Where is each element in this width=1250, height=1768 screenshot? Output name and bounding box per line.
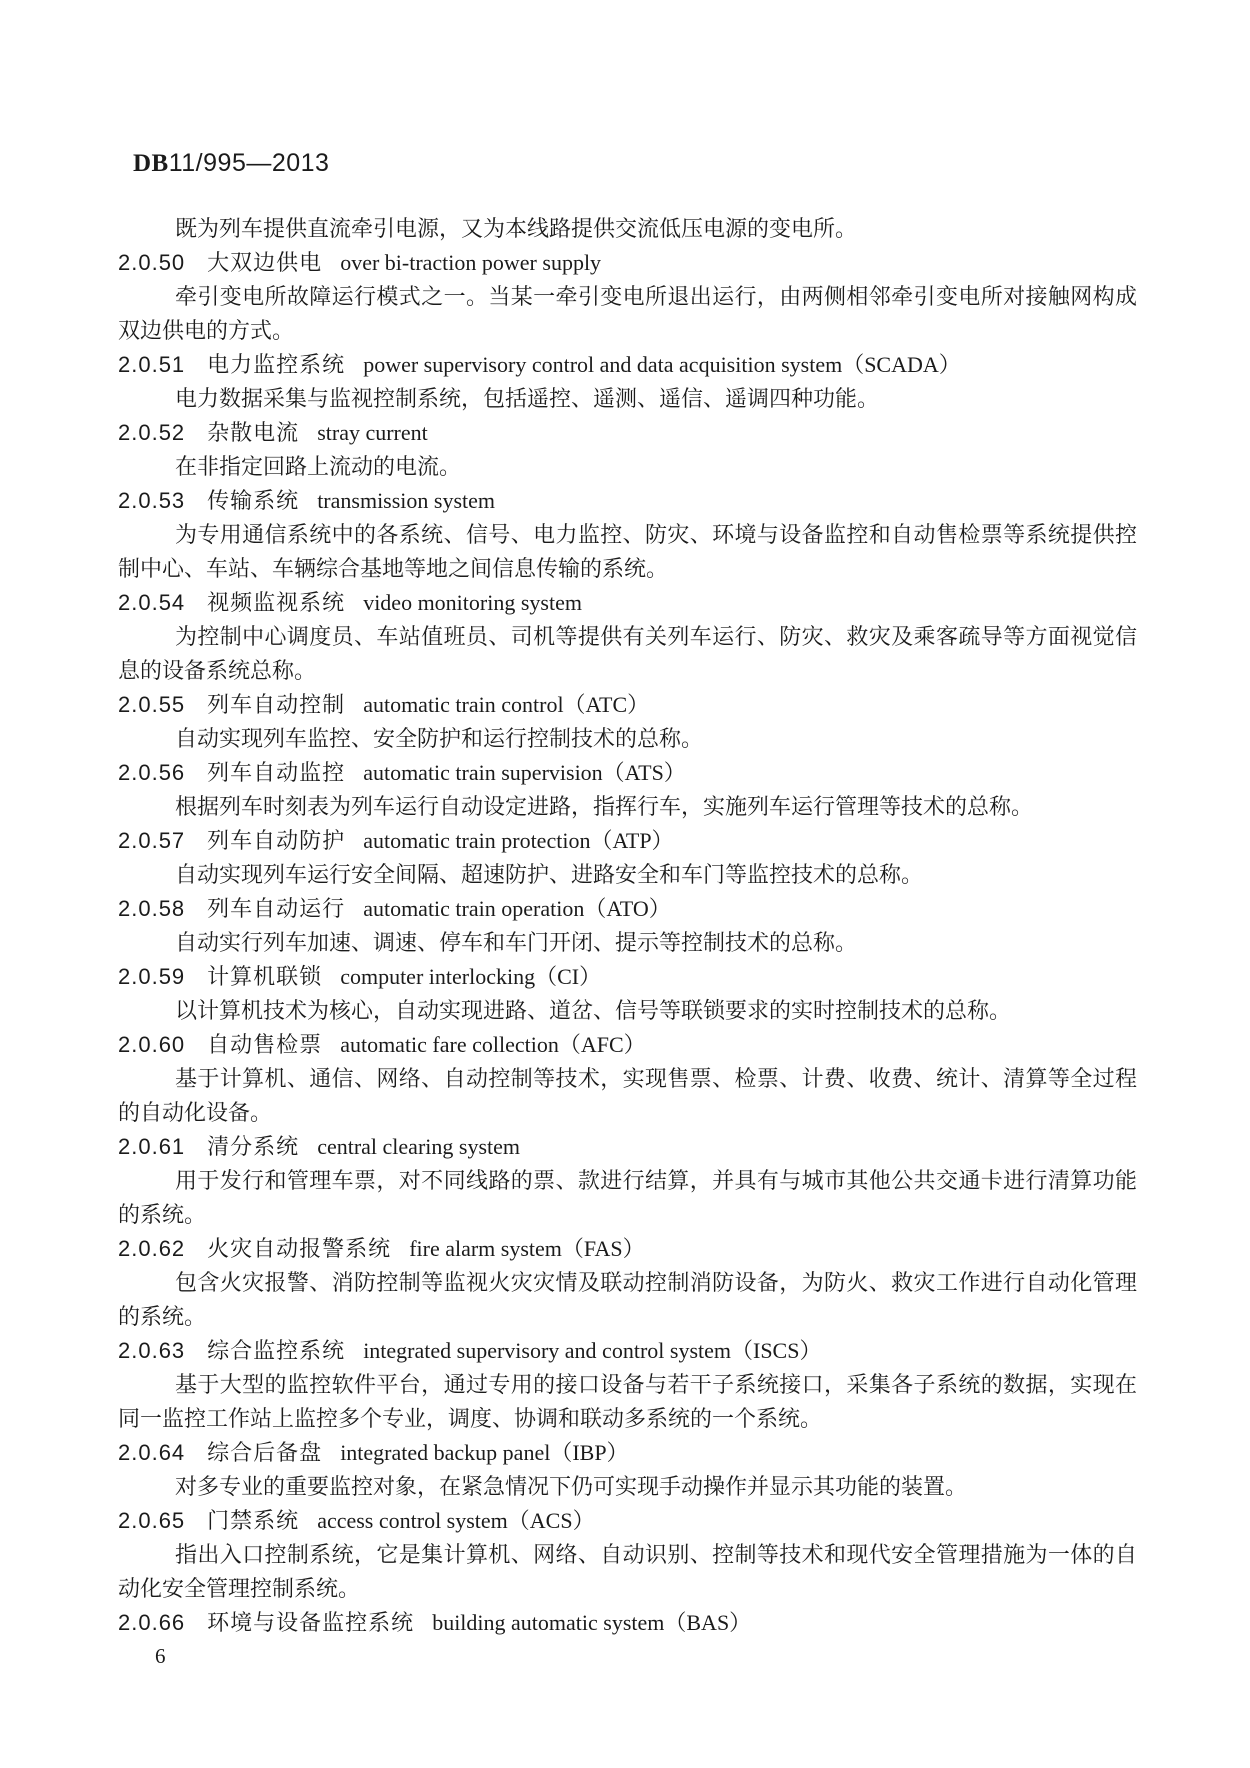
term-name-english: access control system（ACS）: [317, 1508, 594, 1533]
term-name-english: automatic train protection（ATP）: [363, 828, 673, 853]
term-name-english: automatic train control（ATC）: [363, 692, 649, 717]
definition-paragraph: 在非指定回路上流动的电流。: [118, 450, 1137, 484]
term-number: 2.0.53: [118, 488, 185, 513]
term-name-chinese: 杂散电流: [207, 420, 299, 445]
term-name-english: power supervisory control and data acqui…: [363, 352, 961, 377]
definition-paragraph: 自动实现列车运行安全间隔、超速防护、进路安全和车门等监控技术的总称。: [118, 858, 1137, 892]
term-number: 2.0.50: [118, 250, 185, 275]
term-number: 2.0.59: [118, 964, 185, 989]
term-name-chinese: 综合后备盘: [207, 1440, 322, 1465]
definition-paragraph: 基于计算机、通信、网络、自动控制等技术，实现售票、检票、计费、收费、统计、清算等…: [118, 1062, 1137, 1130]
term-heading: 2.0.54视频监视系统video monitoring system: [118, 586, 1137, 620]
term-name-chinese: 自动售检票: [207, 1032, 322, 1057]
term-number: 2.0.61: [118, 1134, 185, 1159]
term-heading: 2.0.55列车自动控制automatic train control（ATC）: [118, 688, 1137, 722]
standard-code-prefix: DB: [133, 150, 169, 177]
definition-paragraph: 对多专业的重要监控对象，在紧急情况下仍可实现手动操作并显示其功能的装置。: [118, 1470, 1137, 1504]
definition-paragraph: 指出入口控制系统，它是集计算机、网络、自动识别、控制等技术和现代安全管理措施为一…: [118, 1538, 1137, 1606]
term-heading: 2.0.63综合监控系统integrated supervisory and c…: [118, 1334, 1137, 1368]
term-name-english: computer interlocking（CI）: [340, 964, 601, 989]
term-heading: 2.0.59计算机联锁computer interlocking（CI）: [118, 960, 1137, 994]
term-name-english: over bi-traction power supply: [340, 250, 601, 275]
term-number: 2.0.58: [118, 896, 185, 921]
term-number: 2.0.51: [118, 352, 185, 377]
term-number: 2.0.62: [118, 1236, 185, 1261]
definition-paragraph: 自动实现列车监控、安全防护和运行控制技术的总称。: [118, 722, 1137, 756]
term-number: 2.0.55: [118, 692, 185, 717]
definition-paragraph: 根据列车时刻表为列车运行自动设定进路，指挥行车，实施列车运行管理等技术的总称。: [118, 790, 1137, 824]
definition-paragraph: 电力数据采集与监视控制系统，包括遥控、遥测、遥信、遥调四种功能。: [118, 382, 1137, 416]
term-name-chinese: 列车自动监控: [207, 760, 345, 785]
term-name-english: central clearing system: [317, 1134, 520, 1159]
term-name-english: fire alarm system（FAS）: [409, 1236, 644, 1261]
definition-paragraph: 为控制中心调度员、车站值班员、司机等提供有关列车运行、防灾、救灾及乘客疏导等方面…: [118, 620, 1137, 688]
definition-paragraph: 基于大型的监控软件平台，通过专用的接口设备与若干子系统接口，采集各子系统的数据，…: [118, 1368, 1137, 1436]
term-heading: 2.0.50大双边供电over bi-traction power supply: [118, 246, 1137, 280]
page-number: 6: [155, 1644, 166, 1668]
term-heading: 2.0.66环境与设备监控系统building automatic system…: [118, 1606, 1137, 1640]
term-name-english: automatic train operation（ATO）: [363, 896, 671, 921]
term-number: 2.0.57: [118, 828, 185, 853]
term-number: 2.0.65: [118, 1508, 185, 1533]
document-header: DB11/995—2013: [133, 149, 329, 178]
term-name-chinese: 电力监控系统: [207, 352, 345, 377]
definition-paragraph: 自动实行列车加速、调速、停车和车门开闭、提示等控制技术的总称。: [118, 926, 1137, 960]
term-name-english: building automatic system（BAS）: [432, 1610, 751, 1635]
definition-paragraph: 用于发行和管理车票，对不同线路的票、款进行结算，并具有与城市其他公共交通卡进行清…: [118, 1164, 1137, 1232]
term-heading: 2.0.56列车自动监控automatic train supervision（…: [118, 756, 1137, 790]
term-name-chinese: 列车自动防护: [207, 828, 345, 853]
term-name-english: video monitoring system: [363, 590, 582, 615]
term-heading: 2.0.51电力监控系统power supervisory control an…: [118, 348, 1137, 382]
term-number: 2.0.56: [118, 760, 185, 785]
term-number: 2.0.54: [118, 590, 185, 615]
term-number: 2.0.66: [118, 1610, 185, 1635]
term-name-chinese: 门禁系统: [207, 1508, 299, 1533]
term-name-chinese: 大双边供电: [207, 250, 322, 275]
term-name-english: integrated backup panel（IBP）: [340, 1440, 628, 1465]
document-body: 既为列车提供直流牵引电源，又为本线路提供交流低压电源的变电所。2.0.50大双边…: [118, 212, 1137, 1640]
term-name-chinese: 视频监视系统: [207, 590, 345, 615]
definition-paragraph: 以计算机技术为核心，自动实现进路、道岔、信号等联锁要求的实时控制技术的总称。: [118, 994, 1137, 1028]
term-heading: 2.0.58列车自动运行automatic train operation（AT…: [118, 892, 1137, 926]
term-name-chinese: 列车自动运行: [207, 896, 345, 921]
page-footer: 6: [155, 1644, 166, 1669]
term-name-chinese: 计算机联锁: [207, 964, 322, 989]
term-heading: 2.0.57列车自动防护automatic train protection（A…: [118, 824, 1137, 858]
term-heading: 2.0.64综合后备盘integrated backup panel（IBP）: [118, 1436, 1137, 1470]
term-name-english: integrated supervisory and control syste…: [363, 1338, 821, 1363]
term-heading: 2.0.60自动售检票automatic fare collection（AFC…: [118, 1028, 1137, 1062]
term-number: 2.0.64: [118, 1440, 185, 1465]
term-heading: 2.0.65门禁系统access control system（ACS）: [118, 1504, 1137, 1538]
term-name-chinese: 传输系统: [207, 488, 299, 513]
term-name-chinese: 清分系统: [207, 1134, 299, 1159]
term-number: 2.0.60: [118, 1032, 185, 1057]
term-heading: 2.0.62火灾自动报警系统fire alarm system（FAS）: [118, 1232, 1137, 1266]
definition-paragraph: 牵引变电所故障运行模式之一。当某一牵引变电所退出运行，由两侧相邻牵引变电所对接触…: [118, 280, 1137, 348]
term-name-chinese: 综合监控系统: [207, 1338, 345, 1363]
definition-paragraph: 包含火灾报警、消防控制等监视火灾灾情及联动控制消防设备，为防火、救灾工作进行自动…: [118, 1266, 1137, 1334]
term-name-chinese: 环境与设备监控系统: [207, 1610, 414, 1635]
term-heading: 2.0.61清分系统central clearing system: [118, 1130, 1137, 1164]
term-number: 2.0.63: [118, 1338, 185, 1363]
standard-code-number: 11/995—2013: [169, 149, 330, 177]
term-name-chinese: 火灾自动报警系统: [207, 1236, 391, 1261]
term-name-english: stray current: [317, 420, 428, 445]
term-name-english: transmission system: [317, 488, 495, 513]
term-number: 2.0.52: [118, 420, 185, 445]
definition-paragraph: 为专用通信系统中的各系统、信号、电力监控、防灾、环境与设备监控和自动售检票等系统…: [118, 518, 1137, 586]
term-name-english: automatic fare collection（AFC）: [340, 1032, 645, 1057]
term-name-english: automatic train supervision（ATS）: [363, 760, 686, 785]
term-heading: 2.0.53传输系统transmission system: [118, 484, 1137, 518]
definition-paragraph: 既为列车提供直流牵引电源，又为本线路提供交流低压电源的变电所。: [118, 212, 1137, 246]
term-name-chinese: 列车自动控制: [207, 692, 345, 717]
term-heading: 2.0.52杂散电流stray current: [118, 416, 1137, 450]
